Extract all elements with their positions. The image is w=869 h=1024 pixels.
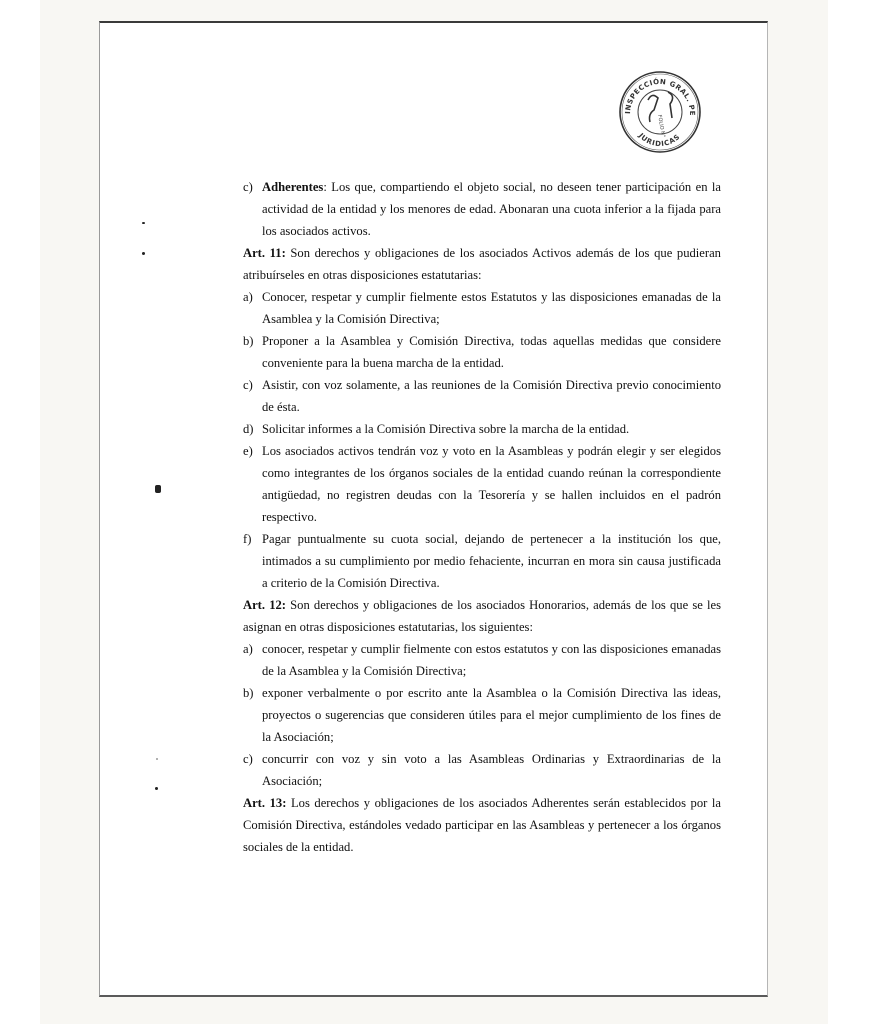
list-item-text: Adherentes: Los que, compartiendo el obj… — [262, 176, 721, 242]
list-marker: c) — [243, 748, 262, 792]
list-item: e)Los asociados activos tendrán voz y vo… — [243, 440, 721, 528]
scan-artifact — [156, 758, 158, 760]
list-item-text: Proponer a la Asamblea y Comisión Direct… — [262, 330, 721, 374]
svg-text:INSPECCIÓN GRAL. PERSONAS: INSPECCIÓN GRAL. PERSONAS — [618, 70, 696, 116]
list-item-text: conocer, respetar y cumplir fielmente co… — [262, 638, 721, 682]
list-item-text: Los asociados activos tendrán voz y voto… — [262, 440, 721, 528]
list-item: b)Proponer a la Asamblea y Comisión Dire… — [243, 330, 721, 374]
list-marker: d) — [243, 418, 262, 440]
list-item-text: Asistir, con voz solamente, a las reunio… — [262, 374, 721, 418]
list-marker: c) — [243, 374, 262, 418]
list-item: d)Solicitar informes a la Comisión Direc… — [243, 418, 721, 440]
list-marker: e) — [243, 440, 262, 528]
list-item-text: concurrir con voz y sin voto a las Asamb… — [262, 748, 721, 792]
list-marker: a) — [243, 638, 262, 682]
term-adherentes: Adherentes — [262, 180, 323, 194]
article-12: Art. 12: Son derechos y obligaciones de … — [243, 594, 721, 638]
list-marker: b) — [243, 682, 262, 748]
list-marker: a) — [243, 286, 262, 330]
list-item-text: Pagar puntualmente su cuota social, deja… — [262, 528, 721, 594]
scan-artifact — [142, 252, 145, 255]
list-item: c)Asistir, con voz solamente, a las reun… — [243, 374, 721, 418]
article-11: Art. 11: Son derechos y obligaciones de … — [243, 242, 721, 286]
list-marker: f) — [243, 528, 262, 594]
article-label: Art. 13: — [243, 796, 286, 810]
svg-text:FOLIO N°: FOLIO N° — [656, 114, 666, 138]
list-marker: b) — [243, 330, 262, 374]
scan-artifact — [155, 485, 161, 493]
article-13: Art. 13: Los derechos y obligaciones de … — [243, 792, 721, 858]
list-item: a)conocer, respetar y cumplir fielmente … — [243, 638, 721, 682]
list-item-text: exponer verbalmente o por escrito ante l… — [262, 682, 721, 748]
list-marker: c) — [243, 176, 262, 242]
official-stamp-icon: INSPECCIÓN GRAL. PERSONAS JURIDICAS FOLI… — [618, 70, 702, 154]
list-item: b)exponer verbalmente o por escrito ante… — [243, 682, 721, 748]
list-item: f)Pagar puntualmente su cuota social, de… — [243, 528, 721, 594]
article-label: Art. 12: — [243, 598, 286, 612]
list-item: a)Conocer, respetar y cumplir fielmente … — [243, 286, 721, 330]
scan-artifact — [155, 787, 158, 790]
article-label: Art. 11: — [243, 246, 286, 260]
list-item: c)concurrir con voz y sin voto a las Asa… — [243, 748, 721, 792]
list-item-text: Solicitar informes a la Comisión Directi… — [262, 418, 721, 440]
list-item-text: Conocer, respetar y cumplir fielmente es… — [262, 286, 721, 330]
document-body: c) Adherentes: Los que, compartiendo el … — [243, 176, 721, 858]
list-item: c) Adherentes: Los que, compartiendo el … — [243, 176, 721, 242]
scan-artifact — [142, 222, 145, 224]
